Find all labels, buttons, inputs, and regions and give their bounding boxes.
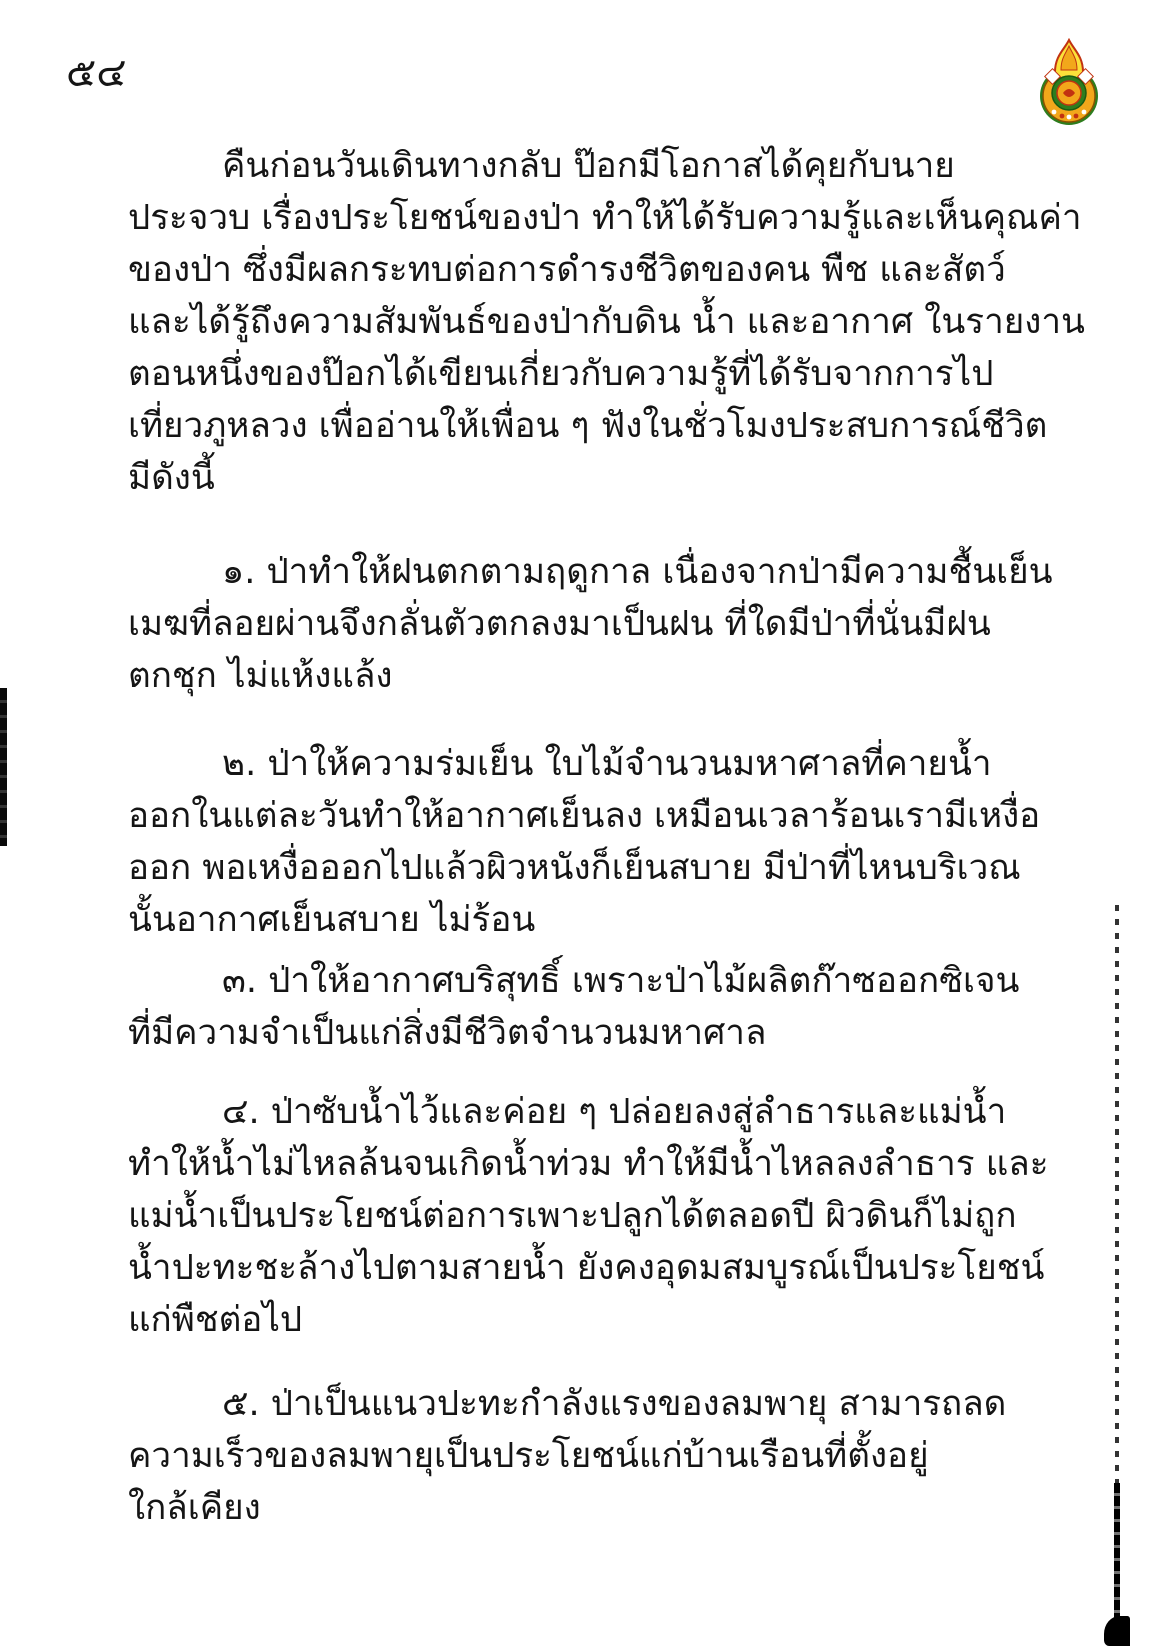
text-line: ๒. ป่าให้ความร่มเย็น ใบไม้จำนวนมหาศาลที่…	[128, 738, 940, 790]
text-line: ออก พอเหงื่อออกไปแล้วผิวหนังก็เย็นสบาย ม…	[128, 842, 940, 894]
text-line: ตกชุก ไม่แห้งแล้ง	[128, 650, 940, 702]
text-line: ๔. ป่าซับน้ำไว้และค่อย ๆ ปล่อยลงสู่ลำธาร…	[128, 1086, 940, 1138]
text-line: เที่ยวภูหลวง เพื่ออ่านให้เพื่อน ๆ ฟังในช…	[128, 400, 940, 452]
text-line: ประจวบ เรื่องประโยชน์ของป่า ทำให้ได้รับค…	[128, 192, 940, 244]
text-line: ที่มีความจำเป็นแก่สิ่งมีชีวิตจำนวนมหาศาล	[128, 1007, 940, 1059]
text-line: มีดังนี้	[128, 452, 940, 504]
text-line: คืนก่อนวันเดินทางกลับ ป๊อกมีโอกาสได้คุยก…	[128, 140, 940, 192]
text-line: เมฆที่ลอยผ่านจึงกลั่นตัวตกลงมาเป็นฝน ที่…	[128, 598, 940, 650]
text-line: แม่น้ำเป็นประโยชน์ต่อการเพาะปลูกได้ตลอดป…	[128, 1190, 940, 1242]
paragraph-intro: คืนก่อนวันเดินทางกลับ ป๊อกมีโอกาสได้คุยก…	[128, 140, 940, 504]
scan-artifact-left-edge	[0, 688, 7, 846]
text-line: ออกในแต่ละวันทำให้อากาศเย็นลง เหมือนเวลา…	[128, 790, 940, 842]
text-line: ๕. ป่าเป็นแนวปะทะกำลังแรงของลมพายุ สามาร…	[128, 1378, 940, 1430]
text-line: น้ำปะทะชะล้างไปตามสายน้ำ ยังคงอุดมสมบูรณ…	[128, 1242, 940, 1294]
scanned-document-page: ๕๔ คืนก่อนวันเดินทางกลับ ป๊อกมีโอกาสได	[0, 0, 1152, 1646]
paragraph-item-4: ๔. ป่าซับน้ำไว้และค่อย ๆ ปล่อยลงสู่ลำธาร…	[128, 1086, 940, 1346]
scan-artifact-bottom-right-blob	[1104, 1616, 1130, 1646]
text-line: ๑. ป่าทำให้ฝนตกตามฤดูกาล เนื่องจากป่ามีค…	[128, 546, 940, 598]
text-line: นั้นอากาศเย็นสบาย ไม่ร้อน	[128, 894, 940, 946]
text-line: ความเร็วของลมพายุเป็นประโยชน์แก่บ้านเรือ…	[128, 1430, 940, 1482]
text-line: ตอนหนึ่งของป๊อกได้เขียนเกี่ยวกับความรู้ท…	[128, 348, 940, 400]
text-line: ทำให้น้ำไม่ไหลล้นจนเกิดน้ำท่วม ทำให้มีน้…	[128, 1138, 940, 1190]
paragraph-item-3: ๓. ป่าให้อากาศบริสุทธิ์ เพราะป่าไม้ผลิตก…	[128, 955, 940, 1059]
scan-artifact-right-dotted-line	[1115, 905, 1119, 1483]
text-line: แก่พืชต่อไป	[128, 1294, 940, 1346]
paragraph-item-2: ๒. ป่าให้ความร่มเย็น ใบไม้จำนวนมหาศาลที่…	[128, 738, 940, 946]
ministry-of-education-emblem-icon	[1030, 38, 1108, 128]
text-line: และได้รู้ถึงความสัมพันธ์ของป่ากับดิน น้ำ…	[128, 296, 940, 348]
page-number: ๕๔	[66, 40, 127, 104]
paragraph-item-5: ๕. ป่าเป็นแนวปะทะกำลังแรงของลมพายุ สามาร…	[128, 1378, 940, 1482]
text-line: ๓. ป่าให้อากาศบริสุทธิ์ เพราะป่าไม้ผลิตก…	[128, 955, 940, 1007]
paragraph-item-1: ๑. ป่าทำให้ฝนตกตามฤดูกาล เนื่องจากป่ามีค…	[128, 546, 940, 702]
text-line: ของป่า ซึ่งมีผลกระทบต่อการดำรงชีวิตของคน…	[128, 244, 940, 296]
